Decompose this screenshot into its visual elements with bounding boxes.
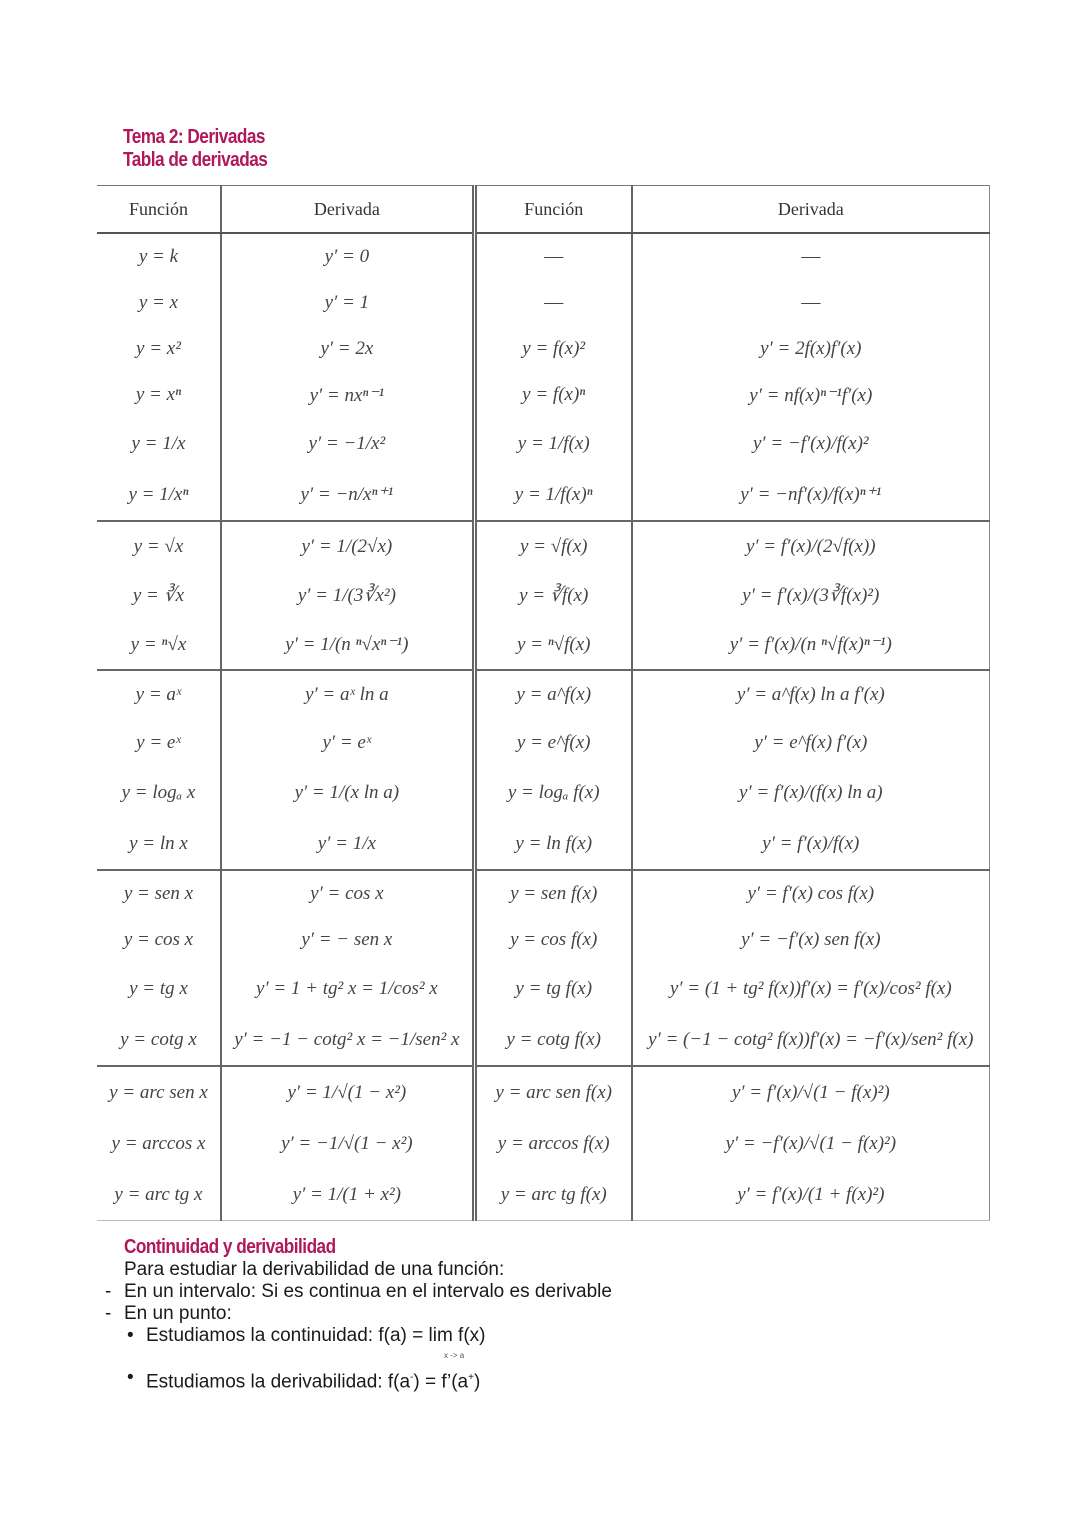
cell: y = cotg f(x): [474, 1014, 631, 1066]
table-row: y = sen x y′ = cos x y = sen f(x) y′ = f…: [97, 870, 990, 917]
cell: y = eˣ: [97, 719, 221, 767]
table-row: y = xⁿ y′ = nxⁿ⁻¹ y = f(x)ⁿ y′ = nf(x)ⁿ⁻…: [97, 372, 990, 418]
cell: y = ln x: [97, 818, 221, 870]
page-title: Tema 2: Derivadas: [123, 126, 267, 149]
cell: —: [632, 233, 990, 280]
cell: y′ = 1/(3∛x²): [221, 571, 474, 620]
cell: y = tg f(x): [474, 963, 631, 1014]
cell: y = cos f(x): [474, 917, 631, 963]
cell: y′ = −f′(x)/f(x)²: [632, 418, 990, 469]
cell: y = xⁿ: [97, 372, 221, 418]
table-row: y = 1/x y′ = −1/x² y = 1/f(x) y′ = −f′(x…: [97, 418, 990, 469]
cell: y′ = −1/√(1 − x²): [221, 1118, 474, 1169]
cell: y = x: [97, 280, 221, 326]
table-row: y = arc sen x y′ = 1/√(1 − x²) y = arc s…: [97, 1066, 990, 1118]
cell: y = e^f(x): [474, 719, 631, 767]
cell: y′ = nxⁿ⁻¹: [221, 372, 474, 418]
cell: y′ = − sen x: [221, 917, 474, 963]
cell: y = ⁿ√f(x): [474, 620, 631, 670]
cell: y′ = 1 + tg² x = 1/cos² x: [221, 963, 474, 1014]
cell: y = sen x: [97, 870, 221, 917]
cell: y = cotg x: [97, 1014, 221, 1066]
cell: y = arc sen x: [97, 1066, 221, 1118]
header-derivada: Derivada: [221, 186, 474, 234]
cell: y′ = f′(x)/(2√f(x)): [632, 521, 990, 571]
table-row: y = cos x y′ = − sen x y = cos f(x) y′ =…: [97, 917, 990, 963]
cell: y′ = 1/(2√x): [221, 521, 474, 571]
limit-subscript: x -> a: [444, 1345, 464, 1367]
section-heading: Continuidad y derivabilidad: [124, 1236, 336, 1259]
table-row: y = arccos x y′ = −1/√(1 − x²) y = arcco…: [97, 1118, 990, 1169]
title-block: Tema 2: Derivadas Tabla de derivadas: [123, 126, 291, 172]
bullet-item: • Estudiamos la continuidad: f(a) = lim …: [105, 1325, 612, 1347]
header-funcion-compuesta: Función: [474, 186, 631, 234]
cell: y′ = −1/x²: [221, 418, 474, 469]
bullet-text-end: ): [474, 1371, 480, 1392]
list-item: - En un punto:: [105, 1303, 612, 1325]
bullet-item: • Estudiamos la derivabilidad: f(a-) = f…: [105, 1367, 612, 1393]
cell: y′ = a^f(x) ln a f′(x): [632, 670, 990, 719]
cell: —: [474, 280, 631, 326]
cell: y = arc tg f(x): [474, 1169, 631, 1221]
cell: y′ = f′(x)/(1 + f(x)²): [632, 1169, 990, 1221]
cell: —: [474, 233, 631, 280]
bullet-text: Estudiamos la derivabilidad: f(a: [146, 1371, 410, 1392]
cell: y = sen f(x): [474, 870, 631, 917]
cell: y′ = −n/xⁿ⁺¹: [221, 469, 474, 521]
cell: y = arc sen f(x): [474, 1066, 631, 1118]
cell: y′ = 1: [221, 280, 474, 326]
table-row: y = x² y′ = 2x y = f(x)² y′ = 2f(x)f′(x): [97, 326, 990, 372]
list-item: - En un intervalo: Si es continua en el …: [105, 1281, 612, 1303]
cell: y′ = cos x: [221, 870, 474, 917]
bullet-icon: •: [127, 1367, 134, 1389]
cell: y = arccos f(x): [474, 1118, 631, 1169]
cell: y = 1/x: [97, 418, 221, 469]
dash-marker: -: [105, 1281, 111, 1303]
cell: y′ = e^f(x) f′(x): [632, 719, 990, 767]
cell: y′ = 1/(x ln a): [221, 767, 474, 818]
page-subtitle: Tabla de derivadas: [123, 149, 267, 172]
cell: y = √x: [97, 521, 221, 571]
cell: y = cos x: [97, 917, 221, 963]
bullet-text-mid: ) = f’(a: [413, 1371, 468, 1392]
cell: y′ = eˣ: [221, 719, 474, 767]
bullet-icon: •: [127, 1325, 134, 1347]
cell: y = aˣ: [97, 670, 221, 719]
cell: y′ = −1 − cotg² x = −1/sen² x: [221, 1014, 474, 1066]
cell: y = ∛x: [97, 571, 221, 620]
table-row: y = 1/xⁿ y′ = −n/xⁿ⁺¹ y = 1/f(x)ⁿ y′ = −…: [97, 469, 990, 521]
cell: y = 1/xⁿ: [97, 469, 221, 521]
cell: y = f(x)²: [474, 326, 631, 372]
table-row: y = arc tg x y′ = 1/(1 + x²) y = arc tg …: [97, 1169, 990, 1221]
cell: y′ = f′(x)/(n ⁿ√f(x)ⁿ⁻¹): [632, 620, 990, 670]
table-row: y = ⁿ√x y′ = 1/(n ⁿ√xⁿ⁻¹) y = ⁿ√f(x) y′ …: [97, 620, 990, 670]
list-item-text: En un punto:: [124, 1303, 232, 1324]
table-row: y = x y′ = 1 — —: [97, 280, 990, 326]
table-row: y = √x y′ = 1/(2√x) y = √f(x) y′ = f′(x)…: [97, 521, 990, 571]
table-row: y = ∛x y′ = 1/(3∛x²) y = ∛f(x) y′ = f′(x…: [97, 571, 990, 620]
list-item-text: En un intervalo: Si es continua en el in…: [124, 1281, 612, 1302]
table-row: y = eˣ y′ = eˣ y = e^f(x) y′ = e^f(x) f′…: [97, 719, 990, 767]
cell: y = f(x)ⁿ: [474, 372, 631, 418]
cell: y′ = aˣ ln a: [221, 670, 474, 719]
cell: y′ = 1/√(1 − x²): [221, 1066, 474, 1118]
table-row: y = tg x y′ = 1 + tg² x = 1/cos² x y = t…: [97, 963, 990, 1014]
cell: y = arccos x: [97, 1118, 221, 1169]
cell: y = arc tg x: [97, 1169, 221, 1221]
cell: y′ = −f′(x) sen f(x): [632, 917, 990, 963]
cell: y = ln f(x): [474, 818, 631, 870]
cell: —: [632, 280, 990, 326]
cell: y′ = 0: [221, 233, 474, 280]
cell: y = √f(x): [474, 521, 631, 571]
section-intro: Para estudiar la derivabilidad de una fu…: [105, 1259, 612, 1281]
cell: y = ∛f(x): [474, 571, 631, 620]
header-derivada-compuesta: Derivada: [632, 186, 990, 234]
table-row: y = ln x y′ = 1/x y = ln f(x) y′ = f′(x)…: [97, 818, 990, 870]
cell: y = logₐ f(x): [474, 767, 631, 818]
cell: y′ = f′(x)/(f(x) ln a): [632, 767, 990, 818]
cell: y = 1/f(x): [474, 418, 631, 469]
cell: y′ = (−1 − cotg² f(x))f′(x) = −f′(x)/sen…: [632, 1014, 990, 1066]
cell: y′ = (1 + tg² f(x))f′(x) = f′(x)/cos² f(…: [632, 963, 990, 1014]
cell: y′ = −f′(x)/√(1 − f(x)²): [632, 1118, 990, 1169]
derivatives-table: Función Derivada Función Derivada y = k …: [97, 185, 990, 1221]
cell: y′ = 1/x: [221, 818, 474, 870]
bullet-text: Estudiamos la continuidad: f(a) = lim f(…: [146, 1325, 486, 1346]
continuity-section: Continuidad y derivabilidad Para estudia…: [105, 1236, 612, 1393]
cell: y′ = 1/(1 + x²): [221, 1169, 474, 1221]
cell: y = 1/f(x)ⁿ: [474, 469, 631, 521]
cell: y = logₐ x: [97, 767, 221, 818]
cell: y′ = f′(x) cos f(x): [632, 870, 990, 917]
cell: y′ = f′(x)/√(1 − f(x)²): [632, 1066, 990, 1118]
cell: y′ = nf(x)ⁿ⁻¹f′(x): [632, 372, 990, 418]
table-row: y = k y′ = 0 — —: [97, 233, 990, 280]
cell: y′ = f′(x)/f(x): [632, 818, 990, 870]
cell: y = k: [97, 233, 221, 280]
cell: y = tg x: [97, 963, 221, 1014]
table-header-row: Función Derivada Función Derivada: [97, 186, 990, 234]
cell: y′ = f′(x)/(3∛f(x)²): [632, 571, 990, 620]
cell: y′ = 2x: [221, 326, 474, 372]
cell: y = a^f(x): [474, 670, 631, 719]
cell: y′ = 2f(x)f′(x): [632, 326, 990, 372]
table-row: y = logₐ x y′ = 1/(x ln a) y = logₐ f(x)…: [97, 767, 990, 818]
table-row: y = cotg x y′ = −1 − cotg² x = −1/sen² x…: [97, 1014, 990, 1066]
cell: y′ = 1/(n ⁿ√xⁿ⁻¹): [221, 620, 474, 670]
cell: y′ = −nf′(x)/f(x)ⁿ⁺¹: [632, 469, 990, 521]
cell: y = x²: [97, 326, 221, 372]
header-funcion: Función: [97, 186, 221, 234]
dash-marker: -: [105, 1303, 111, 1325]
table-row: y = aˣ y′ = aˣ ln a y = a^f(x) y′ = a^f(…: [97, 670, 990, 719]
cell: y = ⁿ√x: [97, 620, 221, 670]
